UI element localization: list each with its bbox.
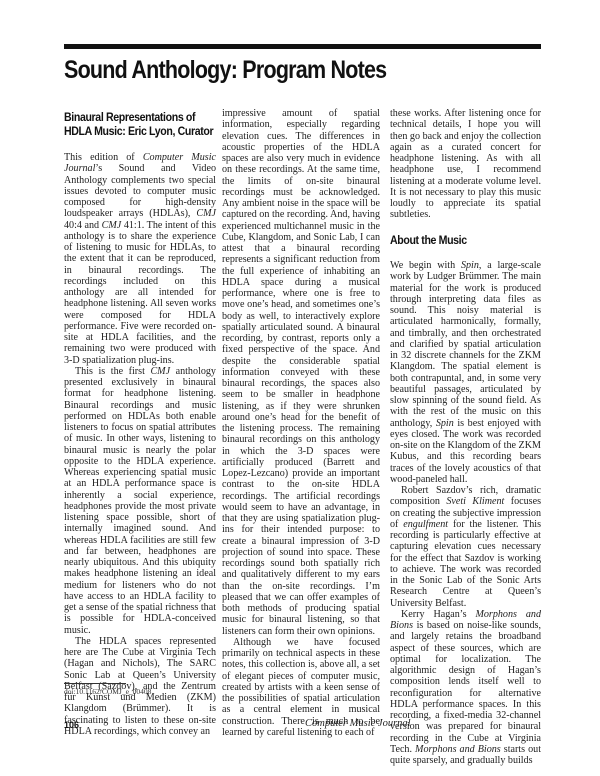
heading-line-2: HDLA Music: Eric Lyon, Curator xyxy=(64,126,204,140)
column-left: Binaural Representations of HDLA Music: … xyxy=(64,112,216,737)
paragraph-morphons-bions: Kerry Hagan’s Morphons and Bions is base… xyxy=(390,609,541,767)
paragraph-intro: This edition of Computer Music Journal’s… xyxy=(64,152,216,366)
column-right: these works. After listening once for te… xyxy=(390,108,541,766)
journal-footer: Computer Music Journal xyxy=(305,718,411,729)
column-middle: impressive amount of spatial information… xyxy=(222,108,380,738)
paragraph-first-cmj: This is the first CMJ anthology presente… xyxy=(64,366,216,636)
section-heading-binaural: Binaural Representations of HDLA Music: … xyxy=(64,112,204,139)
section-heading-about-music: About the Music xyxy=(390,235,529,249)
paragraph-hdla-spaces-cont: impressive amount of spatial information… xyxy=(222,108,380,637)
paragraph-sveti-kliment: Robert Sazdov’s rich, dramatic compositi… xyxy=(390,485,541,609)
footnote-rule xyxy=(64,683,126,684)
heading-line-1: Binaural Representations of xyxy=(64,112,204,126)
paragraph-technical-aspects-cont: these works. After listening once for te… xyxy=(390,108,541,221)
page-title: Sound Anthology: Program Notes xyxy=(64,56,386,85)
paragraph-spin: We begin with Spin, a large-scale work b… xyxy=(390,260,541,485)
work-title-italic: Spin xyxy=(461,260,479,271)
top-rule xyxy=(64,44,541,49)
doi-footnote: doi:10.1162/COMJ_e_00408 xyxy=(64,687,151,696)
page-number: 106 xyxy=(64,720,79,730)
